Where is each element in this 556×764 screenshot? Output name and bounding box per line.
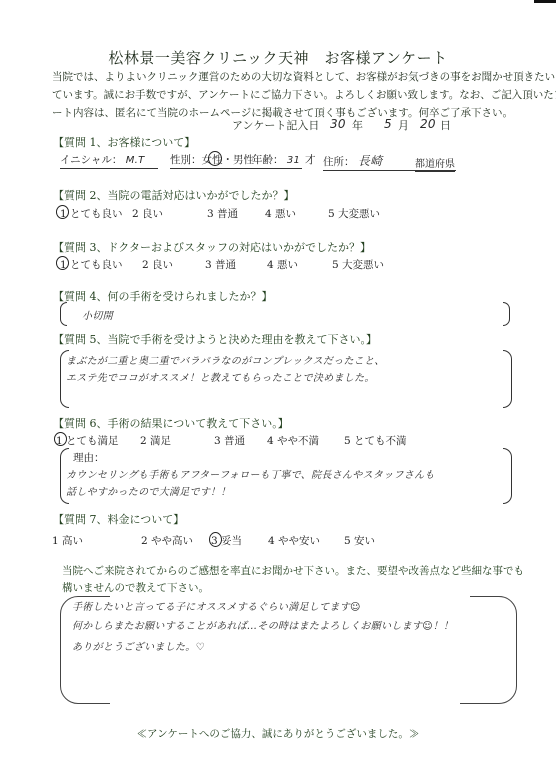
q3-option-1[interactable]: 1 とても良い	[60, 257, 123, 272]
q6-heading: 【質問 6、手術の結果について教えて下さい。】	[53, 415, 289, 431]
q2-selected-circle	[56, 205, 69, 219]
address-value: 長崎	[358, 154, 383, 168]
survey-day[interactable]: 20	[420, 117, 436, 131]
day-unit: 日	[440, 117, 451, 133]
q2-option-3[interactable]: 3 普通	[207, 206, 238, 221]
comments-answer-line-1[interactable]: 手術したいと言ってる子にオススメするぐらい満足してます☺	[72, 598, 361, 613]
address-label: 住所：	[323, 156, 355, 168]
comments-answer-line-3[interactable]: ありがとうございました。♡	[72, 638, 205, 653]
q6-selected-circle	[54, 432, 67, 446]
q3-option-4[interactable]: 4 悪い	[267, 257, 298, 272]
address-unit: 都道府県	[415, 155, 455, 172]
q2-option-1[interactable]: 1 とても良い	[60, 206, 123, 221]
scan-edge-mark	[534, 0, 556, 3]
q5-heading: 【質問 5、当院で手術を受けようと決めた理由を教えて下さい。】	[53, 331, 377, 347]
age-value: 31	[287, 155, 300, 166]
age-label: 年齢：	[252, 154, 284, 166]
q3-option-5[interactable]: 5 大変悪い	[332, 257, 384, 272]
q2-heading: 【質問 2、当院の電話対応はいかがでしたか？】	[53, 187, 295, 203]
q5-bracket-right	[503, 350, 512, 408]
q7-option-4[interactable]: 4 やや安い	[268, 533, 320, 548]
q3-option-3[interactable]: 3 普通	[205, 257, 236, 272]
comments-prompt-line-2: 構いませんので教えて下さい。	[62, 580, 209, 595]
q7-option-1[interactable]: 1 高い	[52, 533, 83, 548]
q6-option-2[interactable]: 2 満足	[140, 433, 171, 448]
gender-selected-circle	[208, 151, 222, 166]
q4-bracket-left	[60, 302, 67, 326]
survey-month[interactable]: 5	[384, 117, 392, 131]
q6-bracket-right	[503, 448, 512, 504]
q1-heading: 【質問 1、お客様について】	[53, 134, 195, 150]
month-unit: 月	[398, 117, 409, 133]
q2-option-5[interactable]: 5 大変悪い	[328, 206, 380, 221]
q5-answer-line-2[interactable]: エステ先でココがオススメ！と教えてもらったことで決めました。	[66, 369, 375, 384]
q3-option-2[interactable]: 2 良い	[142, 257, 173, 272]
q6-option-5[interactable]: 5 とても不満	[344, 433, 407, 448]
age-unit: 才	[305, 152, 316, 167]
q7-option-2[interactable]: 2 やや高い	[141, 533, 193, 548]
q7-option-5[interactable]: 5 安い	[344, 533, 375, 548]
survey-year[interactable]: 30	[330, 117, 346, 131]
q2-option-2[interactable]: 2 良い	[132, 206, 163, 221]
survey-date-label: アンケート記入日	[232, 117, 319, 133]
initials-label: イニシャル：	[60, 154, 122, 166]
year-unit: 年	[352, 117, 363, 133]
intro-line-1: 当院では、よりよいクリニック運営のための大切な資料として、お客様がお気づきの事を…	[52, 68, 556, 86]
q3-selected-circle	[56, 256, 69, 270]
q6-reason-line-1[interactable]: カウンセリングも手術もアフターフォローも丁寧で、院長さんやスタッフさんも	[66, 466, 435, 481]
q2-option-4[interactable]: 4 悪い	[265, 206, 296, 221]
intro-line-2: ています。誠にお手数ですが、アンケートにご協力下さい。よろしくお願い致します。な…	[52, 86, 556, 104]
initials-value: M.T	[126, 155, 145, 166]
q3-heading: 【質問 3、ドクターおよびスタッフの対応はいかがでしたか？】	[53, 239, 371, 255]
q7-heading: 【質問 7、料金について】	[53, 511, 184, 527]
comments-answer-line-2[interactable]: 何かしらまたお願いすることがあれば…その時はまたよろしくお願いします☺！！	[72, 617, 454, 632]
q6-option-4[interactable]: 4 やや不満	[267, 433, 319, 448]
q4-answer[interactable]: 小切開	[82, 307, 113, 322]
q6-reason-line-2[interactable]: 話しやすかったので大満足です！！	[66, 483, 231, 498]
q6-option-3[interactable]: 3 普通	[214, 433, 245, 448]
comments-prompt-line-1: 当院へご来院されてからのご感想を率直にお聞かせ下さい。また、要望や改善点など些細…	[62, 563, 524, 578]
q4-heading: 【質問 4、何の手術を受けられましたか？】	[53, 288, 273, 304]
q4-bracket-right	[503, 302, 510, 326]
age-field[interactable]: 年齢： 31	[252, 152, 302, 169]
initials-field[interactable]: イニシャル： M.T	[60, 152, 158, 169]
comments-box-gap-bottom	[110, 698, 460, 706]
q7-selected-circle	[209, 532, 222, 547]
footer-thanks: ≪アンケートへのご協力、誠にありがとうございました。≫	[0, 726, 556, 741]
document-title: 松林景一美容クリニック天神 お客様アンケート	[0, 47, 556, 68]
q5-answer-line-1[interactable]: まぶたが二重と奥二重でバラバラなのがコンプレックスだったこと、	[66, 352, 385, 367]
q6-reason-label: 理由：	[73, 450, 105, 465]
